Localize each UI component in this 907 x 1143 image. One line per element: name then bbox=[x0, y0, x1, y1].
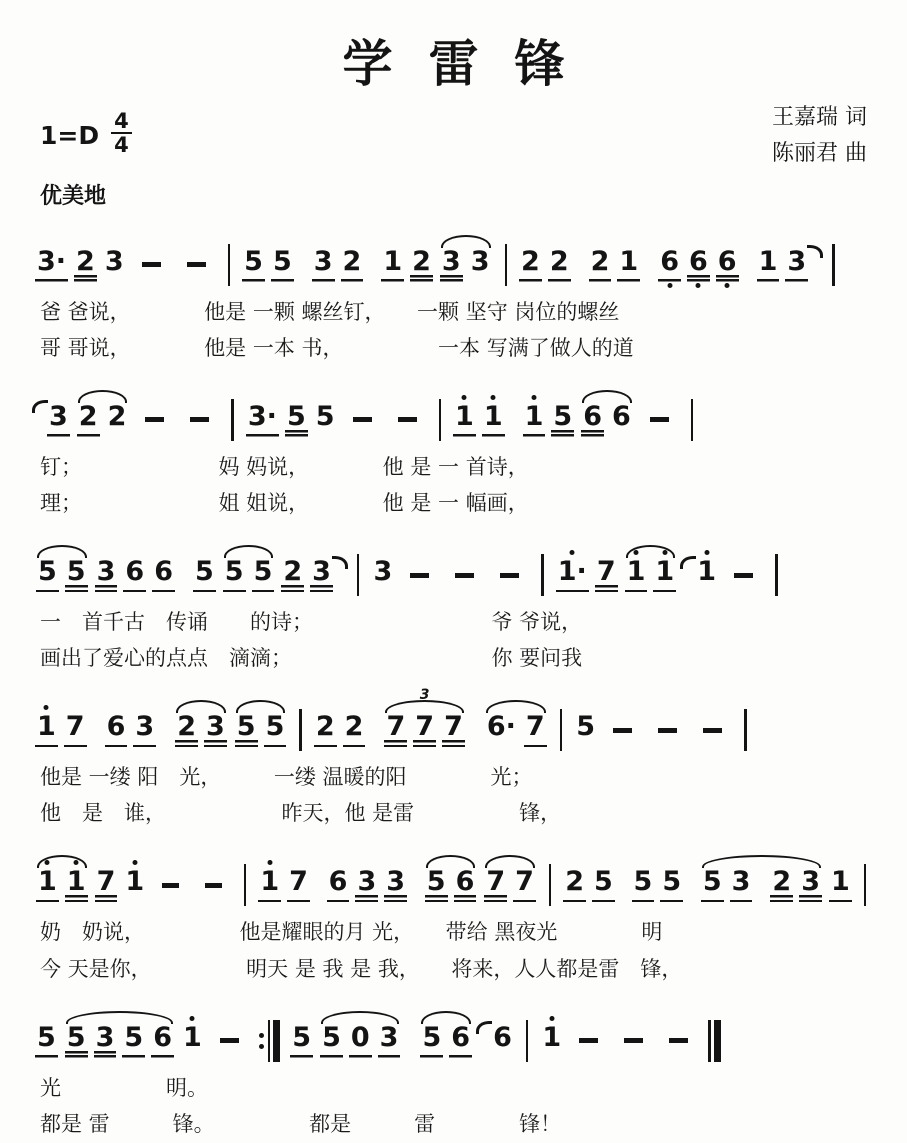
note: 5 bbox=[551, 403, 574, 437]
barline bbox=[231, 399, 234, 441]
note: 1 bbox=[523, 403, 546, 437]
note: 5 bbox=[420, 1024, 443, 1058]
tie-mark bbox=[807, 245, 823, 258]
note: 5 bbox=[320, 1024, 343, 1058]
note: 1 bbox=[695, 558, 718, 592]
note: 5 bbox=[193, 558, 216, 592]
note: 3 bbox=[355, 868, 378, 902]
time-signature-numerator: 4 bbox=[111, 110, 132, 134]
lyrics-line-1: 一 首千古 传诵 的诗； 爷 爷说， bbox=[32, 604, 875, 640]
music-system: 553665552331·7111一 首千古 传诵 的诗； 爷 爷说，画出了爱心… bbox=[32, 534, 875, 676]
note: 6 bbox=[716, 248, 739, 282]
note: 2 bbox=[563, 868, 586, 902]
note: 5 bbox=[264, 713, 287, 747]
tempo-marking: 优美地 bbox=[40, 179, 881, 210]
note: 7 bbox=[513, 868, 536, 902]
note: 6 bbox=[491, 1024, 514, 1058]
note: 7 bbox=[95, 868, 118, 902]
note: 7 bbox=[442, 713, 465, 747]
note: 1 bbox=[123, 868, 146, 902]
lyrics-line-1: 光 明。 bbox=[32, 1070, 875, 1106]
note: 1 bbox=[829, 868, 852, 902]
note: 2 bbox=[341, 248, 364, 282]
note: 2 bbox=[74, 248, 97, 282]
note: 3 bbox=[799, 868, 822, 902]
note: 5 bbox=[271, 248, 294, 282]
duration-dash bbox=[703, 728, 722, 733]
barline bbox=[691, 399, 694, 441]
note: 3· bbox=[35, 248, 68, 282]
header-meta: 1=D 4 4 王嘉瑞 词 陈丽君 曲 bbox=[26, 100, 881, 173]
note: 3 bbox=[133, 713, 156, 747]
tuplet-slur: 777 bbox=[380, 713, 468, 747]
music-system: 55356155035661光 明。都是 雷 锋。 都是 雷 锋！ bbox=[32, 1000, 875, 1142]
note: 5 bbox=[285, 403, 308, 437]
barline-thick bbox=[273, 1020, 280, 1062]
barline bbox=[505, 244, 508, 286]
barline bbox=[228, 244, 231, 286]
note: 2 bbox=[548, 248, 571, 282]
note: 2 bbox=[175, 713, 198, 747]
note: 0 bbox=[349, 1024, 372, 1058]
note: 1 bbox=[35, 713, 58, 747]
slur: 55 bbox=[32, 558, 92, 592]
note: 1 bbox=[617, 248, 640, 282]
barline bbox=[299, 709, 302, 751]
duration-dash bbox=[205, 883, 222, 888]
slur: 55 bbox=[231, 713, 291, 747]
barline-thin bbox=[268, 1020, 271, 1062]
note: 1 bbox=[757, 248, 780, 282]
sheet-music-page: 学雷锋 1=D 4 4 王嘉瑞 词 陈丽君 曲 优美地 3·2355321233… bbox=[0, 0, 907, 1143]
note: 2 bbox=[106, 403, 129, 437]
note: 6 bbox=[687, 248, 710, 282]
composer-credit: 陈丽君 曲 bbox=[772, 136, 867, 172]
slur: 5323 bbox=[697, 868, 826, 902]
note: 3 bbox=[204, 713, 227, 747]
note: 7 bbox=[384, 713, 407, 747]
note: 5 bbox=[425, 868, 448, 902]
duration-dash bbox=[455, 573, 474, 578]
barline-thin bbox=[708, 1020, 711, 1062]
slur: 23 bbox=[171, 713, 231, 747]
barline-thick bbox=[714, 1020, 721, 1062]
credits: 王嘉瑞 词 陈丽君 曲 bbox=[772, 100, 867, 173]
note: 2 bbox=[281, 558, 304, 592]
note: 7 bbox=[484, 868, 507, 902]
note: 3 bbox=[95, 558, 118, 592]
note: 7 bbox=[413, 713, 436, 747]
duration-dash bbox=[162, 883, 179, 888]
slur: 33 bbox=[436, 248, 496, 282]
note: 6 bbox=[152, 558, 175, 592]
note: 1 bbox=[181, 1024, 204, 1058]
note: 1 bbox=[36, 868, 59, 902]
barline bbox=[357, 554, 360, 596]
lyrics-line-1: 他是 一缕 阳 光， 一缕 温暖的阳 光； bbox=[32, 759, 875, 795]
note: 5 bbox=[36, 558, 59, 592]
note: 5 bbox=[242, 248, 265, 282]
note: 1 bbox=[258, 868, 281, 902]
notes-line: 1171176335677255553231 bbox=[32, 844, 875, 914]
duration-dash bbox=[579, 1038, 598, 1043]
song-title: 学雷锋 bbox=[26, 24, 881, 96]
note: 5 bbox=[235, 713, 258, 747]
repeat-dot bbox=[259, 1033, 264, 1038]
duration-dash bbox=[142, 262, 161, 267]
slur: 11 bbox=[32, 868, 92, 902]
note: 3 bbox=[730, 868, 753, 902]
music-system: 3223·55111566钉； 妈 妈说， 他 是 一 首诗，理； 姐 姐说， … bbox=[32, 379, 875, 521]
notes-line: 3223·55111566 bbox=[32, 379, 875, 449]
time-signature-denominator: 4 bbox=[114, 134, 129, 156]
note: 1· bbox=[556, 558, 589, 592]
notes-line: 17632355227776·75 bbox=[32, 689, 875, 759]
music-system: 17632355227776·75他是 一缕 阳 光， 一缕 温暖的阳 光；他 … bbox=[32, 689, 875, 831]
note: 5 bbox=[65, 1024, 88, 1058]
note: 5 bbox=[660, 868, 683, 902]
note: 5 bbox=[65, 558, 88, 592]
duration-dash bbox=[398, 417, 417, 422]
slur: 503 bbox=[316, 1024, 404, 1058]
note: 7 bbox=[64, 713, 87, 747]
slur: 5356 bbox=[61, 1024, 178, 1058]
duration-dash bbox=[145, 417, 164, 422]
duration-dash bbox=[353, 417, 372, 422]
note: 1 bbox=[653, 558, 676, 592]
slur: 77 bbox=[480, 868, 540, 902]
note: 5 bbox=[35, 1024, 58, 1058]
note: 3 bbox=[371, 558, 394, 592]
note: 3· bbox=[246, 403, 279, 437]
barline bbox=[744, 709, 747, 751]
duration-dash bbox=[734, 573, 753, 578]
time-signature: 4 4 bbox=[111, 110, 132, 156]
duration-dash bbox=[220, 1038, 239, 1043]
lyrics-line-1: 爸 爸说， 他是 一颗 螺丝钉， 一颗 坚守 岗位的螺丝 bbox=[32, 294, 875, 330]
duration-dash bbox=[669, 1038, 688, 1043]
barline bbox=[541, 554, 544, 596]
note: 3 bbox=[785, 248, 808, 282]
barline bbox=[526, 1020, 529, 1062]
note: 1 bbox=[540, 1024, 563, 1058]
note: 1 bbox=[482, 403, 505, 437]
note: 3 bbox=[469, 248, 492, 282]
note: 5 bbox=[314, 403, 337, 437]
note: 3 bbox=[312, 248, 335, 282]
barline bbox=[560, 709, 563, 751]
note: 6 bbox=[610, 403, 633, 437]
slur: 56 bbox=[416, 1024, 476, 1058]
slur: 56 bbox=[421, 868, 481, 902]
note: 5 bbox=[223, 558, 246, 592]
note: 6 bbox=[105, 713, 128, 747]
note: 2 bbox=[343, 713, 366, 747]
note: 3 bbox=[384, 868, 407, 902]
note: 7 bbox=[595, 558, 618, 592]
lyrics-line-2: 今 天是你， 明天 是 我 是 我， 将来，人人都是雷 锋， bbox=[32, 951, 875, 987]
final-barline bbox=[708, 1020, 721, 1062]
note: 7 bbox=[287, 868, 310, 902]
note: 6 bbox=[123, 558, 146, 592]
music-system: 3·2355321233222166613爸 爸说， 他是 一颗 螺丝钉， 一颗… bbox=[32, 224, 875, 366]
note: 2 bbox=[770, 868, 793, 902]
note: 5 bbox=[290, 1024, 313, 1058]
note: 2 bbox=[589, 248, 612, 282]
note: 5 bbox=[701, 868, 724, 902]
notation-systems: 3·2355321233222166613爸 爸说， 他是 一颗 螺丝钉， 一颗… bbox=[26, 224, 881, 1142]
duration-dash bbox=[410, 573, 429, 578]
note: 6 bbox=[581, 403, 604, 437]
note: 3 bbox=[94, 1024, 117, 1058]
slur: 55 bbox=[219, 558, 279, 592]
lyricist-credit: 王嘉瑞 词 bbox=[772, 100, 867, 136]
barline bbox=[439, 399, 442, 441]
note: 5 bbox=[122, 1024, 145, 1058]
note: 1 bbox=[453, 403, 476, 437]
lyrics-line-1: 奶 奶说， 他是耀眼的月 光， 带给 黑夜光 明 bbox=[32, 914, 875, 950]
lyrics-line-2: 画出了爱心的点点 滴滴； 你 要问我 bbox=[32, 640, 875, 676]
note: 3 bbox=[103, 248, 126, 282]
key-time-signature: 1=D 4 4 bbox=[40, 114, 132, 156]
slur: 66 bbox=[577, 403, 637, 437]
duration-dash bbox=[187, 262, 206, 267]
slur: 11 bbox=[621, 558, 681, 592]
note: 1 bbox=[625, 558, 648, 592]
note: 6 bbox=[327, 868, 350, 902]
note: 3 bbox=[47, 403, 70, 437]
note: 6 bbox=[658, 248, 681, 282]
note: 5 bbox=[574, 713, 597, 747]
note: 5 bbox=[252, 558, 275, 592]
notes-line: 3·2355321233222166613 bbox=[32, 224, 875, 294]
notes-line: 553665552331·7111 bbox=[32, 534, 875, 604]
barline bbox=[549, 864, 551, 906]
duration-dash bbox=[650, 417, 669, 422]
tie-mark bbox=[32, 400, 48, 413]
barline bbox=[775, 554, 778, 596]
note: 5 bbox=[592, 868, 615, 902]
lyrics-line-1: 钉； 妈 妈说， 他 是 一 首诗， bbox=[32, 449, 875, 485]
tie-mark bbox=[476, 1021, 492, 1034]
note: 5 bbox=[632, 868, 655, 902]
barline bbox=[832, 244, 835, 286]
repeat-end-barline bbox=[259, 1020, 281, 1062]
lyrics-line-2: 他 是 谁， 昨天，他 是雷 锋， bbox=[32, 795, 875, 831]
lyrics-line-2: 理； 姐 姐说， 他 是 一 幅画， bbox=[32, 485, 875, 521]
repeat-dots bbox=[259, 1033, 264, 1049]
note: 6· bbox=[485, 713, 518, 747]
note: 1 bbox=[65, 868, 88, 902]
duration-dash bbox=[658, 728, 677, 733]
duration-dash bbox=[624, 1038, 643, 1043]
note: 6 bbox=[449, 1024, 472, 1058]
music-system: 1171176335677255553231奶 奶说， 他是耀眼的月 光， 带给… bbox=[32, 844, 875, 986]
slur: 6·7 bbox=[481, 713, 551, 747]
note: 6 bbox=[454, 868, 477, 902]
note: 2 bbox=[519, 248, 542, 282]
note: 2 bbox=[410, 248, 433, 282]
tie-mark bbox=[680, 556, 696, 569]
slur: 22 bbox=[73, 403, 133, 437]
barline bbox=[864, 864, 866, 906]
lyrics-line-2: 哥 哥说， 他是 一本 书， 一本 写满了做人的道 bbox=[32, 330, 875, 366]
tie-mark bbox=[332, 556, 348, 569]
note: 7 bbox=[524, 713, 547, 747]
duration-dash bbox=[190, 417, 209, 422]
duration-dash bbox=[500, 573, 519, 578]
repeat-dot bbox=[259, 1044, 264, 1049]
lyrics-line-2: 都是 雷 锋。 都是 雷 锋！ bbox=[32, 1106, 875, 1142]
notes-line: 55356155035661 bbox=[32, 1000, 875, 1070]
barline bbox=[244, 864, 246, 906]
note: 1 bbox=[381, 248, 404, 282]
note: 3 bbox=[440, 248, 463, 282]
note: 6 bbox=[151, 1024, 174, 1058]
note: 2 bbox=[314, 713, 337, 747]
duration-dash bbox=[613, 728, 632, 733]
note: 2 bbox=[77, 403, 100, 437]
key-signature: 1=D bbox=[40, 121, 99, 150]
note: 3 bbox=[310, 558, 333, 592]
note: 3 bbox=[378, 1024, 401, 1058]
